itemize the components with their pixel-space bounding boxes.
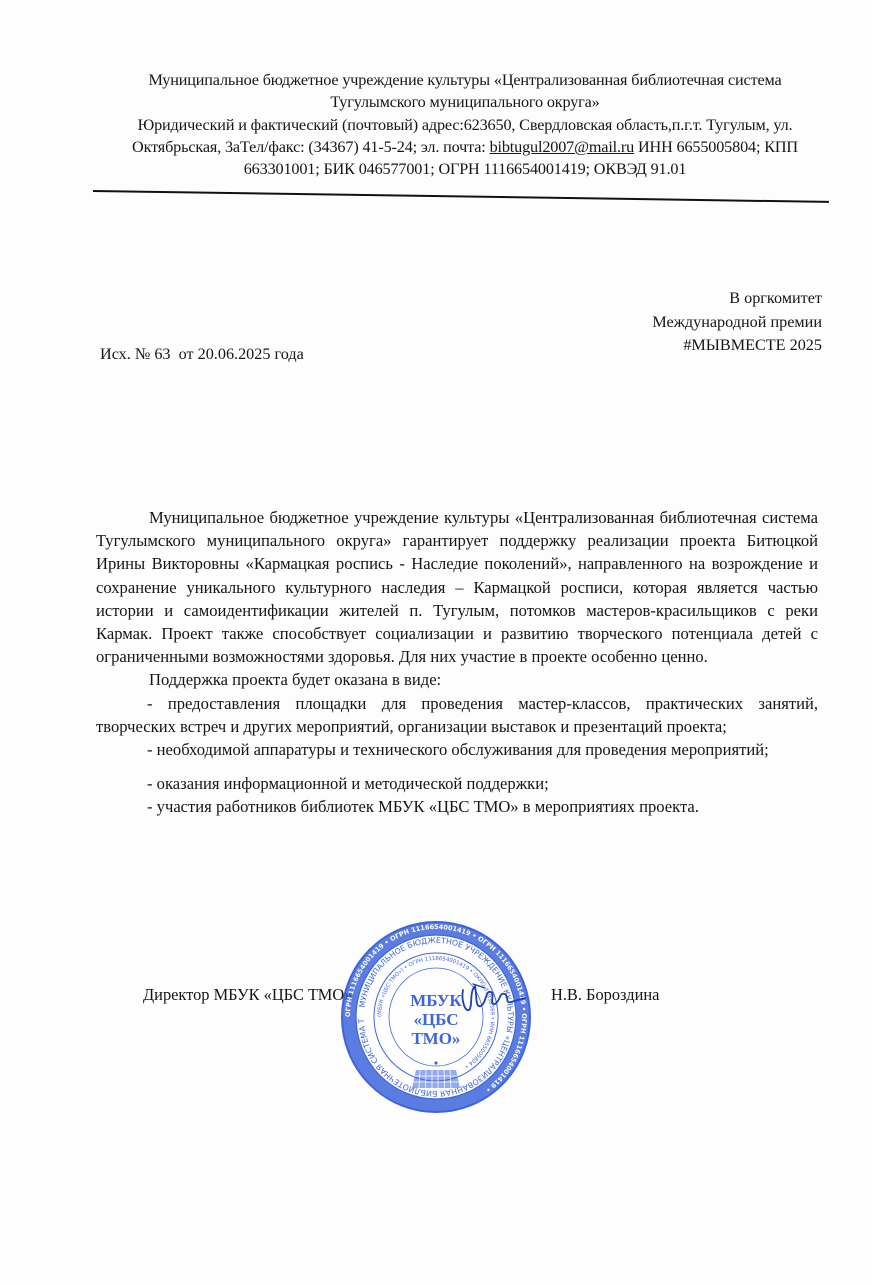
addressee-line: #МЫВМЕСТЕ 2025 [652,334,822,358]
addressee-line: В оргкомитет [652,287,822,311]
organization-name: Муниципальное бюджетное учреждение культ… [100,69,830,113]
organization-name-line1: Муниципальное бюджетное учреждение культ… [148,71,781,89]
building-emblem-icon [412,1061,460,1088]
stamp-center-line: ТМО» [412,1029,461,1048]
support-intro: Поддержка проекта будет оказана в виде: [96,668,818,691]
email-link[interactable]: bibtugul2007@mail.ru [490,138,635,156]
outgoing-number: Исх. № 63 от 20.06.2025 года [100,343,304,365]
letter-body: Муниципальное бюджетное учреждение культ… [96,506,818,819]
addressee-block: В оргкомитет Международной премии #МЫВМЕ… [652,287,822,358]
support-item: - предоставления площадки для проведения… [96,692,818,738]
letterhead-divider [93,190,829,203]
document-page: Муниципальное бюджетное учреждение культ… [0,0,872,1285]
support-item: - оказания информационной и методической… [96,772,818,795]
signatory-name: Н.В. Бороздина [551,984,659,1006]
signature-scribble-icon [455,978,530,1023]
support-item: - участия работников библиотек МБУК «ЦБС… [96,795,818,818]
organization-name-line2: Тугулымского муниципального округа» [330,93,599,111]
stamp-center-line: «ЦБС [413,1010,458,1029]
support-item: - необходимой аппаратуры и технического … [96,738,818,761]
body-paragraph: Муниципальное бюджетное учреждение культ… [96,506,818,668]
addressee-line: Международной премии [652,311,822,335]
signatory-title: Директор МБУК «ЦБС ТМО» [143,984,352,1006]
organization-address: Юридический и фактический (почтовый) адр… [100,114,830,180]
letterhead: Муниципальное бюджетное учреждение культ… [100,69,830,180]
handwritten-signature [455,978,530,1023]
